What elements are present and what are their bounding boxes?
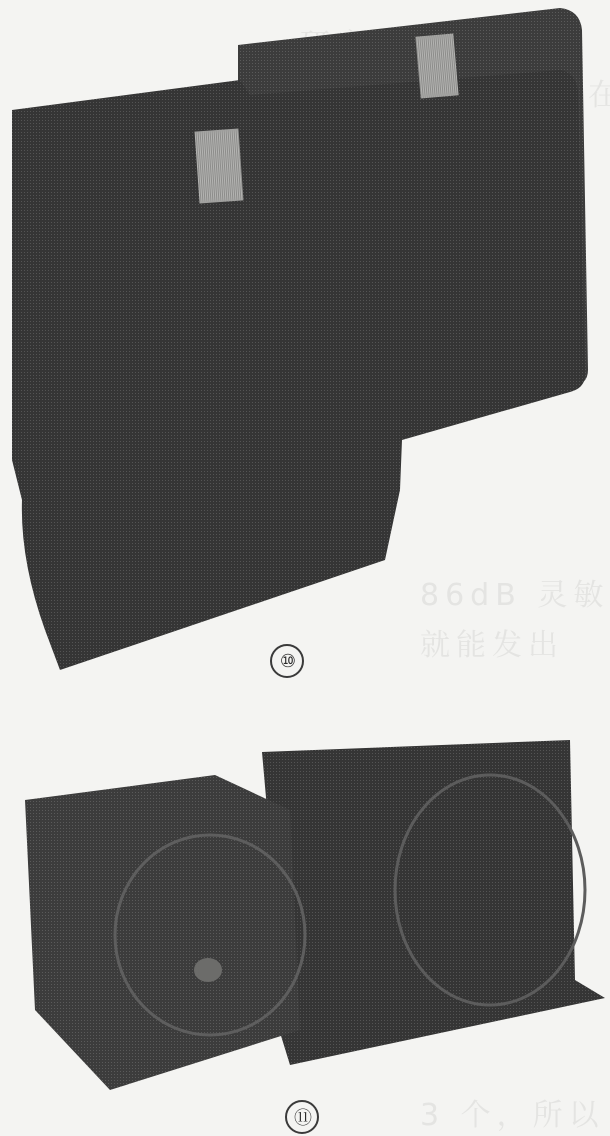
subwoofer-left-dustcap [194,958,222,982]
document-page: 研究又是什么呢? 个人，在 86dB 灵敏度的 就能发出 3 个，所以 ⑩ [0,0,610,1136]
figure-11-subwoofers [0,0,610,1136]
subwoofer-left-body [25,775,300,1090]
subwoofer-right-body [262,740,605,1065]
figure-label-11: ⑪ [285,1100,319,1134]
